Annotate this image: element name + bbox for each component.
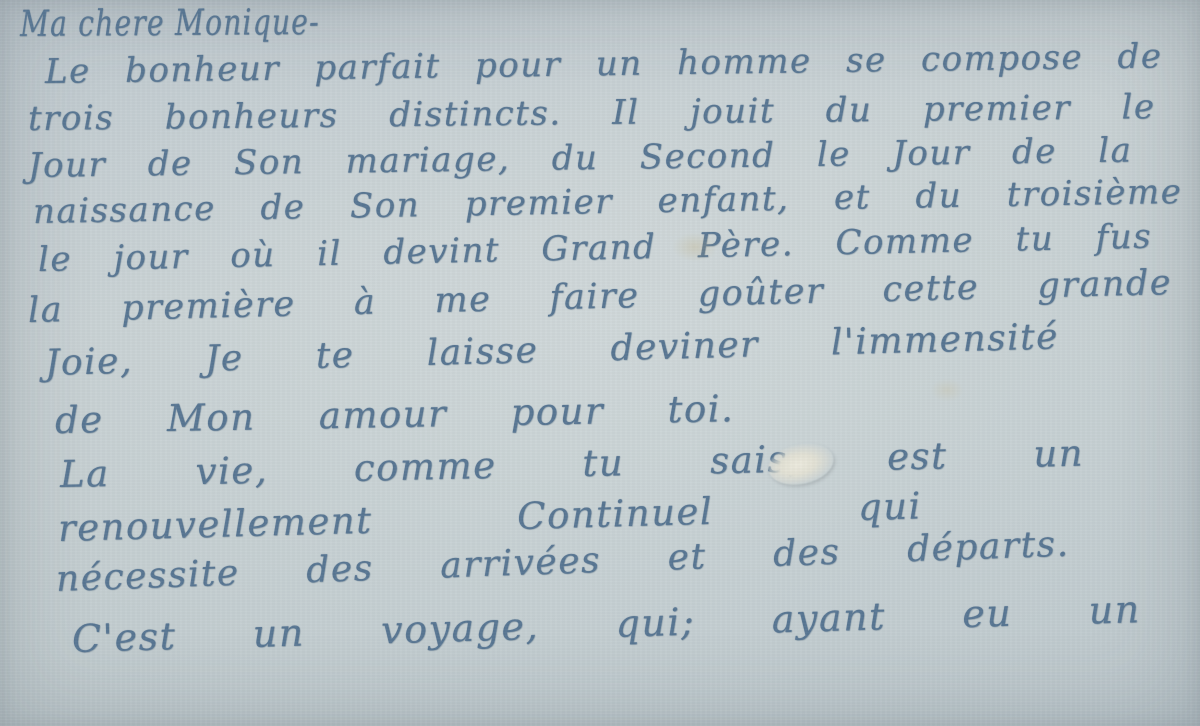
letter-line-1: Le bonheur parfait pour un homme se comp… (45, 36, 1163, 92)
letter-line-12: C'est un voyage, qui; ayant eu un (71, 587, 1142, 661)
letter-line-salutation: Ma chere Monique- (20, 2, 320, 45)
letter-line-8: de Mon amour pour toi. (55, 387, 736, 442)
letter-line-2: trois bonheurs distincts. Il jouit du pr… (28, 87, 1156, 139)
letter-page: Ma chere Monique- Le bonheur parfait pou… (0, 0, 1200, 726)
paper-stain (930, 378, 964, 402)
letter-line-9: La vie, comme tu sais, est un (60, 432, 1086, 496)
paper-stain (672, 232, 718, 262)
